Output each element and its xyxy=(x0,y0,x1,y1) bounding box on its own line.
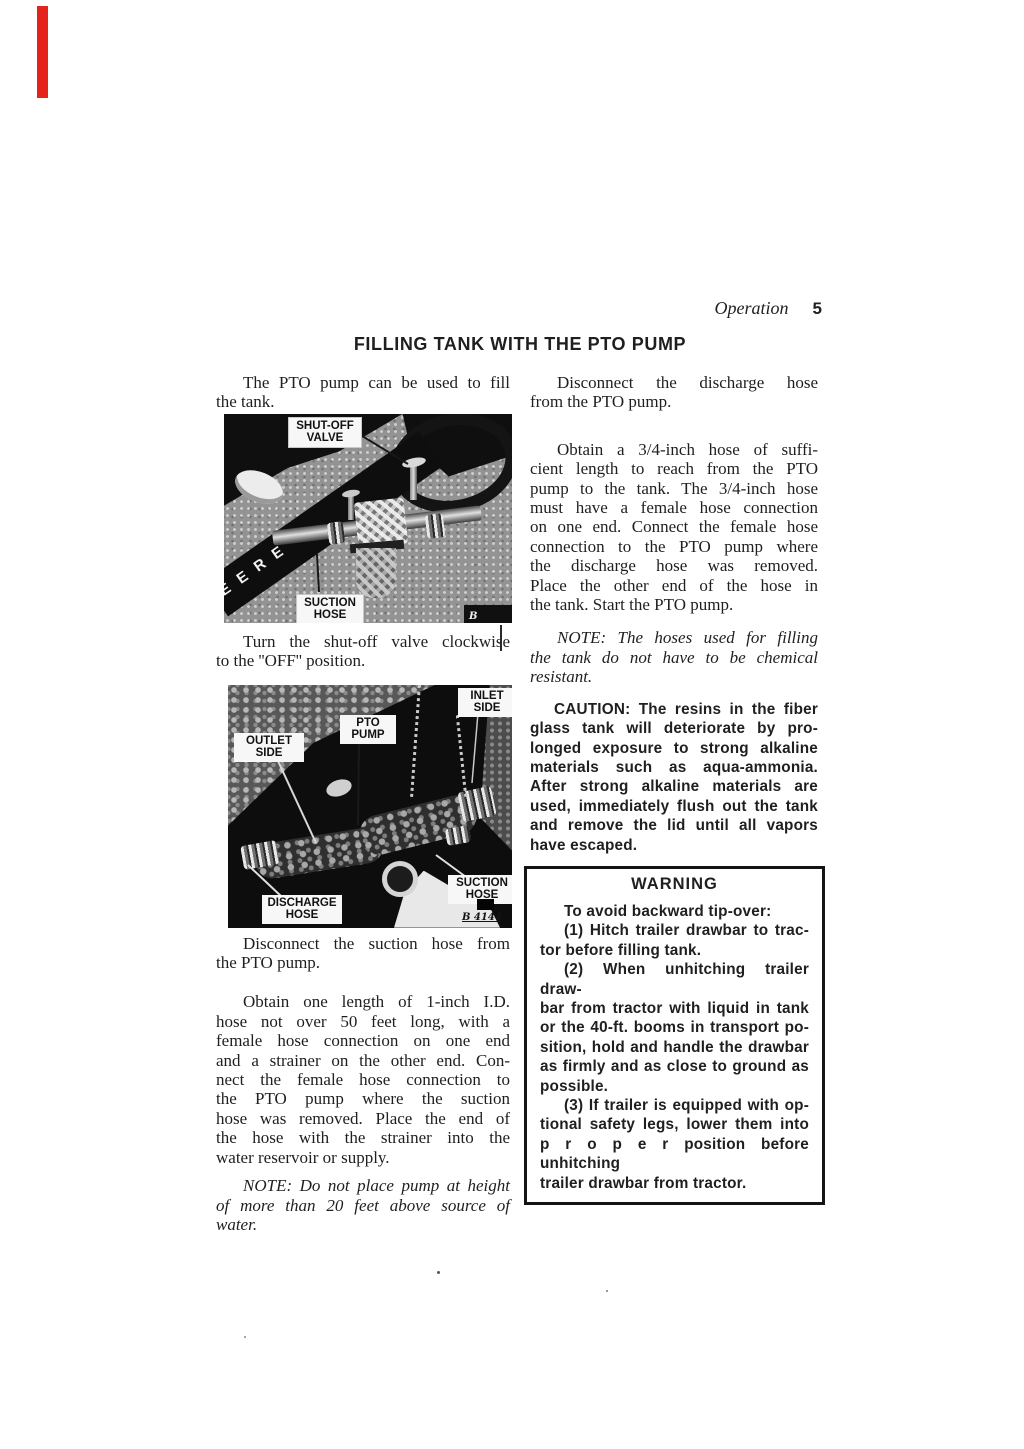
scan-artifact-line xyxy=(500,625,502,651)
label-line: SIDE xyxy=(237,747,301,760)
text-line: as firmly and as close to ground as xyxy=(540,1057,809,1076)
text-line: have escaped. xyxy=(530,836,818,855)
paragraph-discharge-hose: Obtain a 3/4-inch hose of suffi-cient le… xyxy=(530,440,818,615)
text-line: the discharge hose was removed. xyxy=(530,556,818,575)
label-line: SUCTION xyxy=(451,877,512,890)
text-line: The PTO pump can be used to fill xyxy=(216,373,510,392)
text-line: female hose connection on one end xyxy=(216,1031,510,1050)
caption-shutoff: Turn the shut-off valve clockwiseto the … xyxy=(216,632,510,671)
label-line: PTO xyxy=(343,717,393,730)
text-line: the tank. Start the PTO pump. xyxy=(530,595,818,614)
text-line: resistant. xyxy=(530,667,818,686)
text-line: Disconnect the discharge hose xyxy=(530,373,818,392)
label-suction-hose: SUCTION HOSE xyxy=(296,594,364,623)
text-line: (3) If trailer is equipped with op- xyxy=(540,1096,809,1115)
text-line: CAUTION: The resins in the fiber xyxy=(530,700,818,719)
pointer-lines xyxy=(224,414,512,623)
label-line: SIDE xyxy=(461,702,512,715)
scan-speck xyxy=(606,1290,608,1292)
paragraph-disconnect-discharge: Disconnect the discharge hosefrom the PT… xyxy=(530,373,818,412)
label-inlet-side: INLET SIDE xyxy=(458,688,512,717)
warning-box: WARNING To avoid backward tip-over:(1) H… xyxy=(524,866,825,1205)
label-line: SUCTION xyxy=(300,597,360,610)
text-line: pump to the tank. The 3/4-inch hose xyxy=(530,479,818,498)
text-line: bar from tractor with liquid in tank xyxy=(540,999,809,1018)
text-line: Place the other end of the hose in xyxy=(530,576,818,595)
text-line: longed exposure to strong alkaline xyxy=(530,739,818,758)
text-line: from the PTO pump. xyxy=(530,392,818,411)
text-line: possible. xyxy=(540,1077,809,1096)
label-discharge-hose: DISCHARGE HOSE xyxy=(262,895,342,924)
text-line: or the 40-ft. booms in transport po- xyxy=(540,1018,809,1037)
text-line: Disconnect the suction hose from xyxy=(216,934,510,953)
text-line: (1) Hitch trailer drawbar to trac- xyxy=(540,921,809,940)
text-line: sition, hold and handle the drawbar xyxy=(540,1038,809,1057)
left-column: The PTO pump can be used to fillthe tank… xyxy=(216,373,510,1234)
text-line: tor before filling tank. xyxy=(540,941,809,960)
text-line: water reservoir or supply. xyxy=(216,1148,510,1167)
text-line: of more than 20 feet above source of xyxy=(216,1196,510,1215)
text-line: the PTO pump where the suction xyxy=(216,1089,510,1108)
text-line: water. xyxy=(216,1215,510,1234)
text-line: must have a female hose connection xyxy=(530,498,818,517)
label-line: PUMP xyxy=(343,729,393,742)
text-line: materials such as aqua-ammonia. xyxy=(530,758,818,777)
text-line: NOTE: Do not place pump at height xyxy=(216,1176,510,1195)
text-line: NOTE: The hoses used for filling xyxy=(530,628,818,647)
text-line: connection to the PTO pump where xyxy=(530,537,818,556)
figure-id: B 4143 xyxy=(469,611,497,623)
label-line: VALVE xyxy=(292,432,358,445)
text-line: glass tank will deteriorate by pro- xyxy=(530,719,818,738)
scan-speck xyxy=(244,1336,246,1338)
text-line: the PTO pump. xyxy=(216,953,510,972)
figure-shutoff-valve-photo: EERE SHUT-OFF VALVE SUCTION HOSE xyxy=(224,414,512,623)
text-line: After strong alkaline materials are xyxy=(530,777,818,796)
text-line: hose was removed. Place the end of xyxy=(216,1109,510,1128)
caption-pto-pump: Disconnect the suction hose fromthe PTO … xyxy=(216,934,510,973)
page-number: 5 xyxy=(813,299,822,318)
label-line: DISCHARGE xyxy=(265,897,339,910)
label-line: HOSE xyxy=(300,609,360,622)
warning-body: To avoid backward tip-over:(1) Hitch tra… xyxy=(540,902,809,1193)
label-line: SHUT-OFF xyxy=(292,420,358,433)
text-line: p r o p e r position before unhitching xyxy=(540,1135,809,1174)
text-line: the tank do not have to be chemical xyxy=(530,648,818,667)
note-pump-height: NOTE: Do not place pump at heightof more… xyxy=(216,1176,510,1234)
figure-pto-pump-photo: OUTLET SIDE PTO PUMP INLET SIDE DISCHARG… xyxy=(228,685,512,928)
note-chemical-resistant: NOTE: The hoses used for fillingthe tank… xyxy=(530,628,818,686)
label-line: OUTLET xyxy=(237,735,301,748)
section-name: Operation xyxy=(715,298,789,318)
text-line: the tank. xyxy=(216,392,510,411)
text-line: hose not over 50 feet long, with a xyxy=(216,1012,510,1031)
text-line: tional safety legs, lower them into xyxy=(540,1115,809,1134)
text-line: trailer drawbar from tractor. xyxy=(540,1174,809,1193)
scan-red-mark xyxy=(37,6,48,98)
text-line: (2) When unhitching trailer draw- xyxy=(540,960,809,999)
text-line: to the ''OFF'' position. xyxy=(216,651,510,670)
text-line: and a strainer on the other end. Con- xyxy=(216,1051,510,1070)
figure-id: B 4144 xyxy=(462,912,502,923)
warning-title: WARNING xyxy=(540,875,809,894)
page-title: FILLING TANK WITH THE PTO PUMP xyxy=(218,334,822,355)
paragraph-suction-hose: Obtain one length of 1-inch I.D.hose not… xyxy=(216,992,510,1167)
black-square-mark xyxy=(477,899,494,910)
figure-id-chip: B 4143 xyxy=(464,605,512,623)
scan-speck xyxy=(437,1271,440,1274)
label-pto-pump: PTO PUMP xyxy=(340,715,396,744)
text-line: cient length to reach from the PTO xyxy=(530,459,818,478)
right-column: Disconnect the discharge hosefrom the PT… xyxy=(530,373,818,1205)
text-line: Turn the shut-off valve clockwise xyxy=(216,632,510,651)
text-line: To avoid backward tip-over: xyxy=(540,902,809,921)
text-line: on one end. Connect the female hose xyxy=(530,517,818,536)
text-line: Obtain one length of 1-inch I.D. xyxy=(216,992,510,1011)
running-header: Operation5 xyxy=(218,298,822,319)
text-line: nect the female hose connection to xyxy=(216,1070,510,1089)
text-line: the hose with the strainer into the xyxy=(216,1128,510,1147)
text-line: and remove the lid until all vapors xyxy=(530,816,818,835)
text-line: Obtain a 3/4-inch hose of suffi- xyxy=(530,440,818,459)
label-line: HOSE xyxy=(265,909,339,922)
label-outlet-side: OUTLET SIDE xyxy=(234,733,304,762)
label-line: INLET xyxy=(461,690,512,703)
label-shutoff-valve: SHUT-OFF VALVE xyxy=(288,417,362,448)
text-line: used, immediately flush out the tank xyxy=(530,797,818,816)
manual-page: Operation5 FILLING TANK WITH THE PTO PUM… xyxy=(0,0,1024,1449)
paragraph-intro: The PTO pump can be used to fillthe tank… xyxy=(216,373,510,412)
caution-paragraph: CAUTION: The resins in the fiberglass ta… xyxy=(530,700,818,855)
